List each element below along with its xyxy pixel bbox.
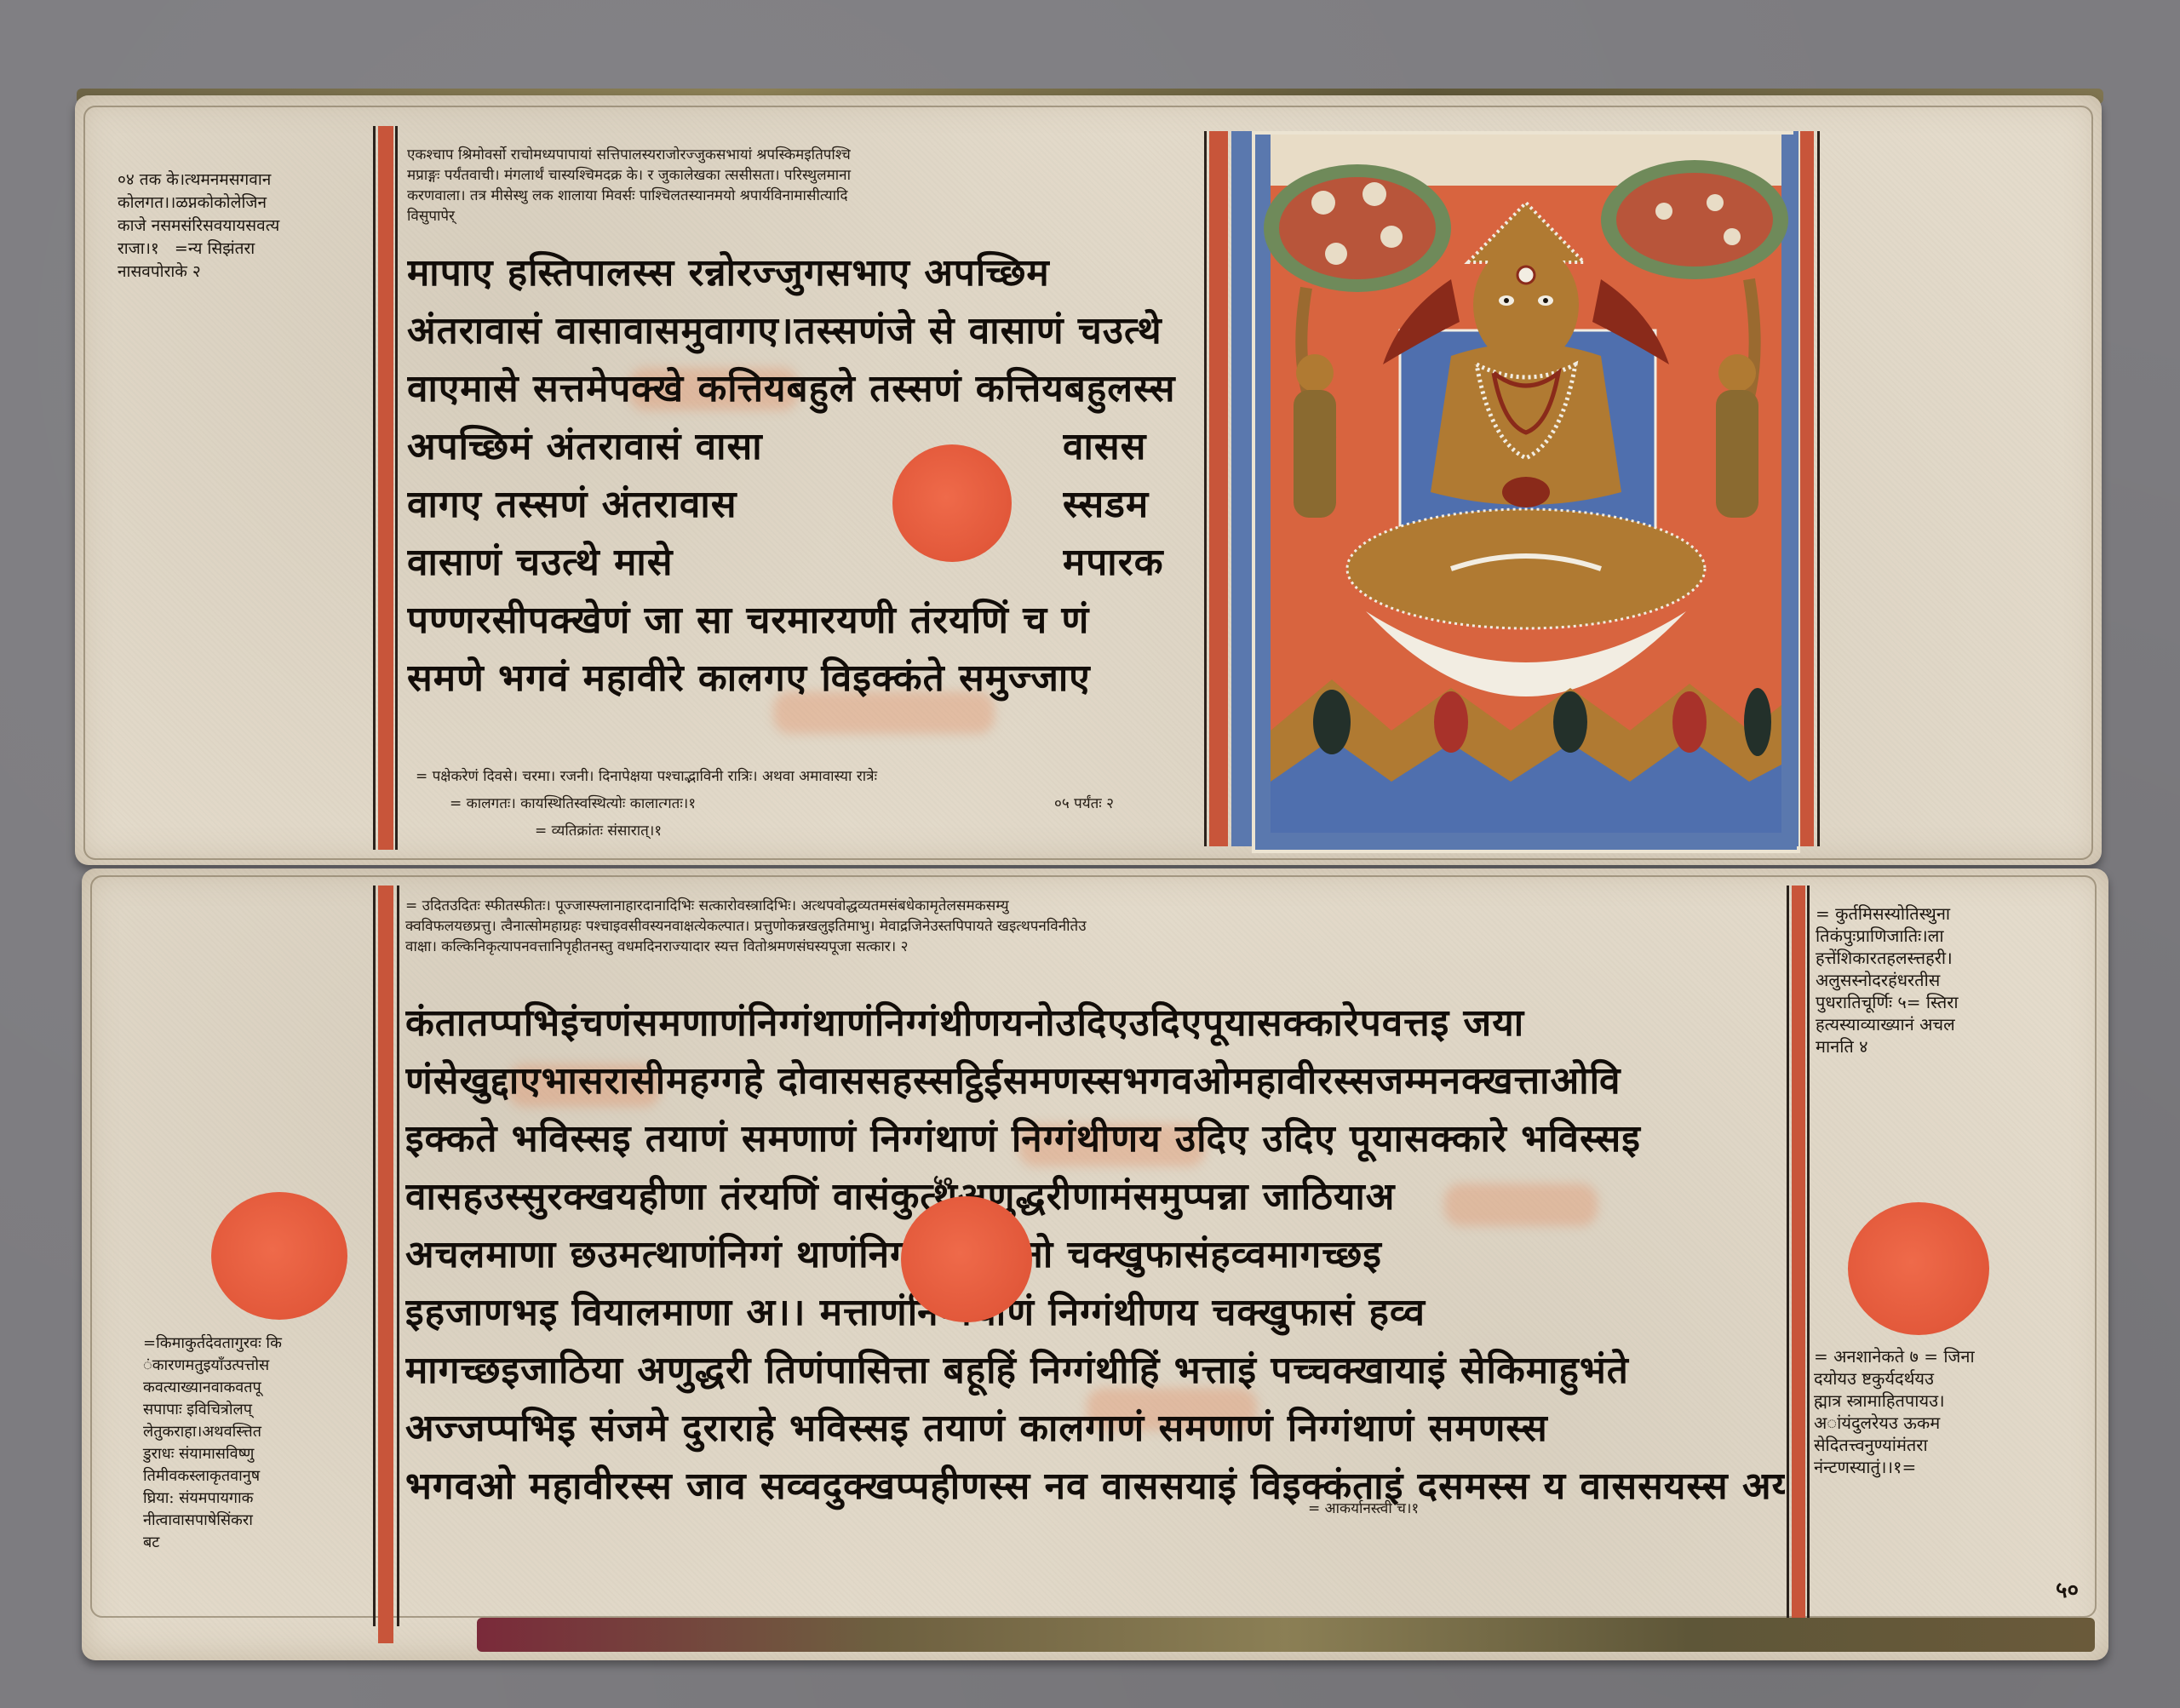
red-dot-decoration [211,1192,347,1320]
bottom-left-margin-gloss: =किमाकुर्तदेवतागुरवः कि ंकारणमतुइयाँउत्प… [143,1333,373,1554]
red-dot-decoration [901,1196,1032,1322]
top-main-text-right-of-dot: वासस स्सडम मपारक [1063,418,1208,592]
top-left-red-band [378,126,393,850]
folio-number: ५० [933,1168,953,1194]
text-line: समणे भगवं महावीरे कालगए विइक्कंते समुज्ज… [407,650,1208,708]
top-left-rule-outer [373,126,376,850]
painting-blue-band-right [1793,131,1798,846]
bottom-main-text-lower: मागच्छइजाठिया अणुद्धरी तिणंपासित्ता बहूह… [405,1342,1785,1516]
painting-red-band [1209,131,1228,846]
gloss-line: क्वविफलयछप्रत्तु। त्वैनात्सोमहाग्रहः पश्… [405,916,1785,937]
top-header-gloss: एकश्चाप श्रिमोवर्सो राचोमध्यपापायां सत्त… [407,145,1199,226]
text-line: णंसेखुद्दाएभासरासीमहग्गहे दोवाससहस्सट्ठि… [405,1052,1785,1110]
top-left-margin-gloss: ०४ तक के।त्थमनमसगवान कोलगत।।ळप्नकोकोलेजि… [118,169,373,284]
bottom-left-rule-outer [373,886,376,1626]
text-line: पण्णरसीपक्खेणं जा सा चरमारयणी तंरयणिं च … [407,592,1208,650]
text-line: इहजाणभइ वियालमाणा अ।। मत्ताणंनिग्गंथाणं … [405,1284,1785,1342]
text-line: वासस [1063,418,1208,476]
text-line: वासाणं चउत्थे मासे [407,534,884,592]
bottom-main-text-upper: कंतातप्पभिइंचणंसमणाणंनिग्गंथाणंनिग्गंथीण… [405,994,1785,1168]
painting-rule-left [1204,131,1207,846]
text-line: वासहउस्सुरक्खयहीणा तंरयणिं वासंकुत्थुअणु… [405,1168,1785,1226]
text-line: अपच्छिमं अंतरावासं वासा [407,418,884,476]
bottom-right-margin-gloss-top: = कुर्तमिसस्योतिस्थुना तिकंपुःप्राणिजाति… [1816,903,2080,1057]
top-footnote-right: ०५ पर्यंतः २ [1054,794,1225,814]
text-line: अचलमाणा छउमत्थाणंनिग्गं थाणंनिग्गंथीणय न… [405,1226,1785,1284]
top-main-text-left-of-dot: अपच्छिमं अंतरावासं वासा वागए तस्सणं अंतर… [407,418,884,592]
top-main-text-upper: मापाए हस्तिपालस्स रन्नोरज्जुगसभाए अपच्छि… [407,244,1208,418]
text-line: इक्कते भविस्सइ तयाणं समणाणं निग्गंथाणं न… [405,1110,1785,1168]
gloss-line: एकश्चाप श्रिमोवर्सो राचोमध्यपापायां सत्त… [407,145,1199,165]
text-line: भगवओ महावीरस्स जाव सव्वदुक्खप्पहीणस्स नव… [405,1458,1785,1516]
gloss-line: विसुपापेर् [407,206,1199,226]
top-left-rule-inner [395,126,398,850]
text-line: मपारक [1063,534,1208,592]
top-folio: ०४ तक के।त्थमनमसगवान कोलगत।।ळप्नकोकोलेजि… [75,95,2102,865]
text-line: कंतातप्पभिइंचणंसमणाणंनिग्गंथाणंनिग्गंथीण… [405,994,1785,1052]
bottom-header-gloss: = उदितउदितः स्फीतस्फीतः। पूज्जास्फ्लानाह… [405,896,1785,957]
top-right-red-band [1800,131,1814,846]
painting-blue-band-left [1231,131,1252,846]
top-right-rule [1817,131,1820,846]
top-footnote-1: = पक्षेकरेणं दिवसे। चरमा। रजनी। दिनापेक्… [416,766,1199,787]
gloss-line: = उदितउदितः स्फीतस्फीतः। पूज्जास्फ्लानाह… [405,896,1785,916]
text-line: मागच्छइजाठिया अणुद्धरी तिणंपासित्ता बहूह… [405,1342,1785,1400]
jina-illustration [1255,135,1797,850]
bottom-left-rule-inner [397,886,399,1626]
red-dot-decoration [1848,1202,1989,1335]
jina-painting [1252,131,1800,853]
text-line: मापाए हस्तिपालस्स रन्नोरज्जुगसभाए अपच्छि… [407,244,1208,302]
bottom-left-red-band [378,886,393,1643]
bottom-folio: =किमाकुर्तदेवतागुरवः कि ंकारणमतुइयाँउत्प… [82,868,2108,1660]
bottom-right-margin-gloss-bottom: = अनशानेकते ७ = जिना दयोयउ ष्टकुर्यदर्थय… [1814,1345,2078,1478]
page-number: ५० [2056,1573,2079,1604]
bottom-right-rule-inner [1807,886,1810,1626]
text-line: अंतरावासं वासावासमुवागए।तस्सणंजे से वासा… [407,302,1208,360]
text-line: वाएमासे सत्तमेपक्खे कत्तियबहुले तस्सणं क… [407,360,1208,418]
bottom-right-rule-outer [1787,886,1789,1626]
text-line: अज्जप्पभिइ संजमे दुराराहे भविस्सइ तयाणं … [405,1400,1785,1458]
top-main-text-lower: पण्णरसीपक्खेणं जा सा चरमारयणी तंरयणिं च … [407,592,1208,708]
bottom-main-text-middle: वासहउस्सुरक्खयहीणा तंरयणिं वासंकुत्थुअणु… [405,1168,1785,1342]
text-line: वागए तस्सणं अंतरावास [407,476,884,534]
red-dot-decoration [892,444,1012,562]
top-footnote-3: = व्यतिक्रांतः संसारात्।१ [535,821,875,841]
bottom-footnote: = आकर्यानस्त्वी च।१ [1308,1499,1563,1519]
text-line: स्सडम [1063,476,1208,534]
gloss-line: मप्राङ्गः पर्यंतवाची। मंगलार्थं चास्यश्च… [407,165,1199,186]
gloss-line: करणवाला। तत्र मीसेस्थु लक शालाया मिवर्सः… [407,186,1199,206]
gloss-line: वाक्षा। कल्किनिकृत्यापनवत्तानिपृहीतनस्तु… [405,937,1785,957]
bottom-right-red-band [1792,886,1805,1626]
top-footnote-2: = कालगतः। कायस्थितिस्वस्थित्योः कालात्गत… [450,794,926,814]
bottom-binding-thread [477,1618,2095,1652]
